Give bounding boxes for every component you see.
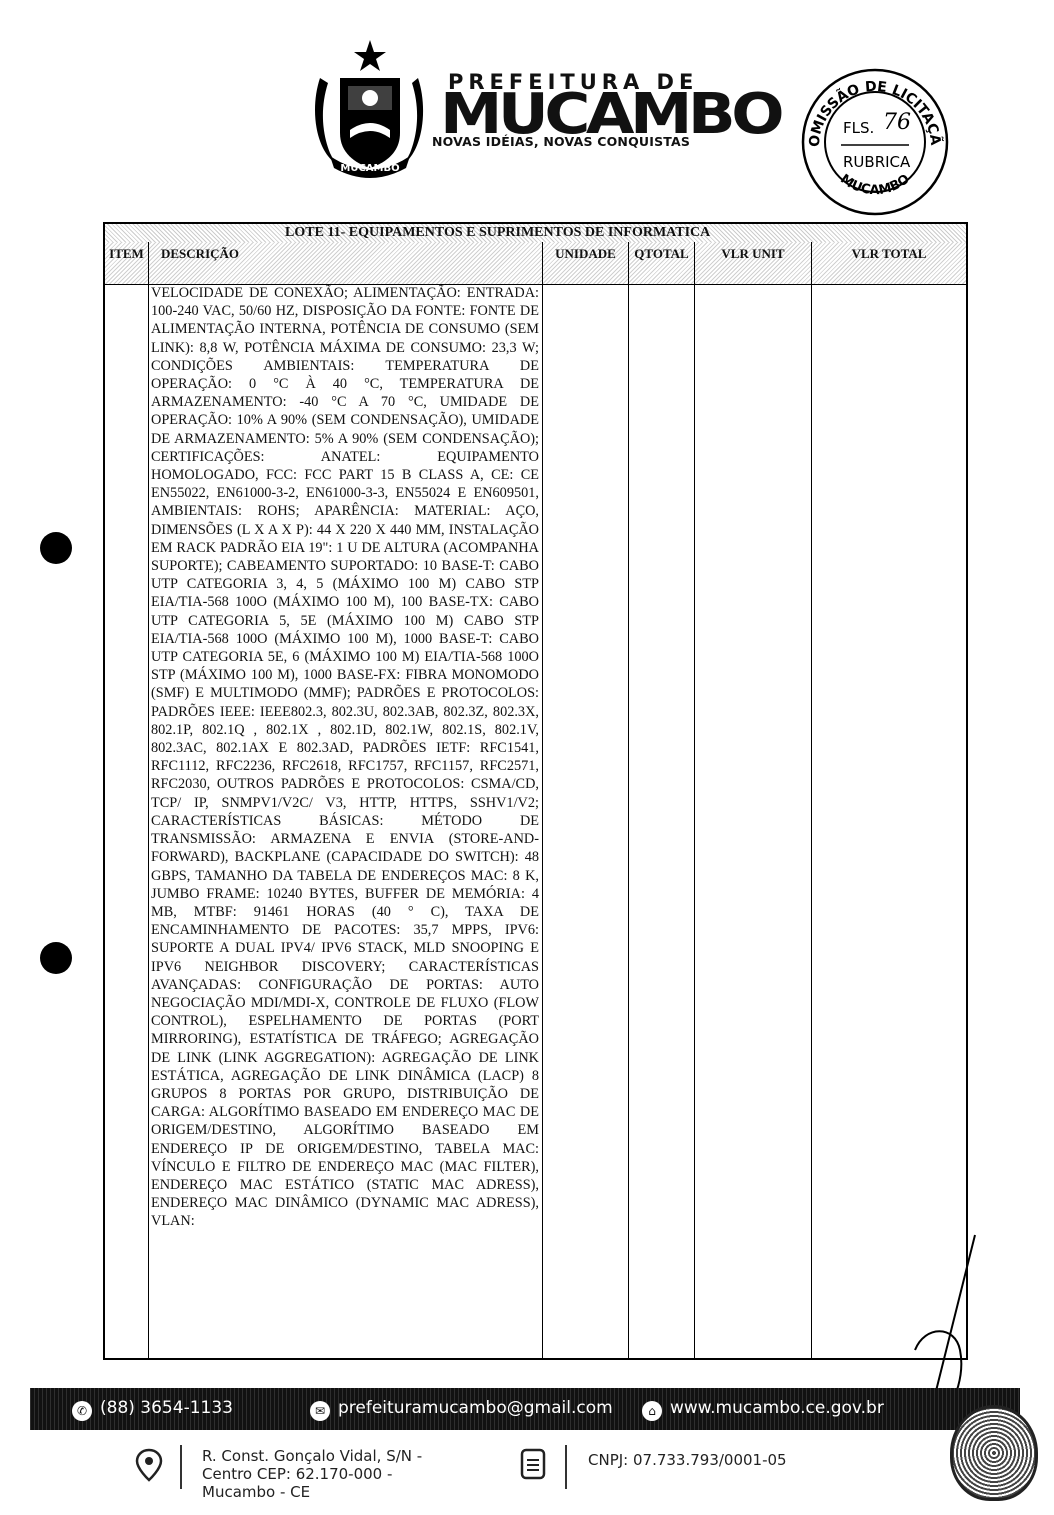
location-pin-icon — [135, 1448, 163, 1482]
municipal-crest-icon: MUCAMBO — [310, 38, 430, 178]
svg-text:RUBRICA: RUBRICA — [843, 153, 911, 171]
footer-phone: ✆(88) 3654-1133 — [72, 1398, 233, 1421]
svg-text:MUCAMBO: MUCAMBO — [340, 163, 399, 174]
punch-hole — [40, 942, 72, 974]
footer-cnpj: CNPJ: 07.733.793/0001-05 — [588, 1451, 787, 1469]
column-divider — [811, 284, 812, 1358]
footer-contact-bar: ✆(88) 3654-1133 ✉prefeituramucambo@gmail… — [30, 1388, 1020, 1430]
svg-text:76: 76 — [883, 110, 911, 135]
column-divider — [694, 284, 695, 1358]
footer-address: R. Const. Gonçalo Vidal, S/N - Centro CE… — [202, 1447, 422, 1501]
punch-hole — [40, 532, 72, 564]
col-header-item: ITEM — [105, 242, 149, 284]
footer-email[interactable]: ✉prefeituramucambo@gmail.com — [310, 1398, 613, 1421]
mail-icon: ✉ — [310, 1401, 330, 1421]
table-title: LOTE 11- EQUIPAMENTOS E SUPRIMENTOS DE I… — [285, 225, 710, 241]
cell-description: VELOCIDADE DE CONEXÃO; ALIMENTAÇÃO: ENTR… — [151, 284, 539, 1231]
column-divider — [628, 284, 629, 1358]
col-header-descricao: DESCRIÇÃO — [149, 242, 543, 284]
col-header-vlr-total: VLR TOTAL — [812, 242, 966, 284]
column-divider — [542, 284, 543, 1358]
municipal-seal-icon — [950, 1405, 1038, 1501]
svg-text:FLS.: FLS. — [843, 119, 874, 137]
svg-text:MUCAMBO: MUCAMBO — [837, 172, 912, 198]
document-icon — [520, 1448, 546, 1480]
col-header-unidade: UNIDADE — [543, 242, 629, 284]
items-table: LOTE 11- EQUIPAMENTOS E SUPRIMENTOS DE I… — [103, 222, 968, 1360]
footer-divider — [180, 1445, 182, 1489]
column-divider — [148, 284, 149, 1358]
col-header-vlr-unit: VLR UNIT — [695, 242, 812, 284]
footer-website[interactable]: ⌂www.mucambo.ce.gov.br — [642, 1398, 884, 1421]
prefeitura-logo: MUCAMBO PREFEITURA DE MUCAMBO NOVAS IDÉI… — [310, 38, 730, 178]
col-header-qtotal: QTOTAL — [629, 242, 695, 284]
table-header-row: ITEM DESCRIÇÃO UNIDADE QTOTAL VLR UNIT V… — [105, 242, 966, 285]
brand-tagline: NOVAS IDÉIAS, NOVAS CONQUISTAS — [432, 134, 690, 149]
phone-icon: ✆ — [72, 1401, 92, 1421]
footer-divider — [565, 1445, 567, 1489]
licitacao-stamp: COMISSÃO DE LICITAÇÃO MUCAMBO FLS. 76 RU… — [797, 67, 953, 217]
table-title-row: LOTE 11- EQUIPAMENTOS E SUPRIMENTOS DE I… — [105, 224, 966, 243]
home-icon: ⌂ — [642, 1401, 662, 1421]
